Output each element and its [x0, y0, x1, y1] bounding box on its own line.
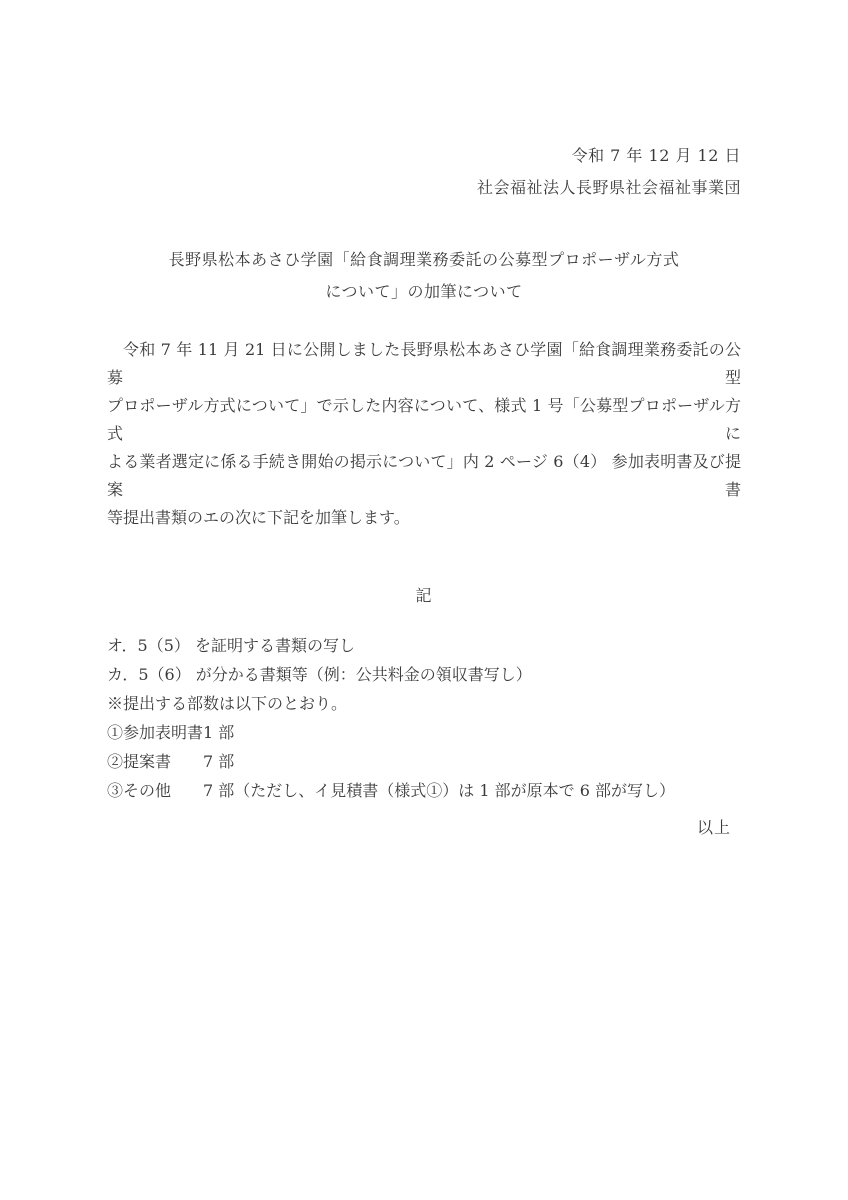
body-paragraph-line-4: 等提出書類のエの次に下記を加筆します。: [107, 504, 741, 532]
addendum-list: オ．5（5） を証明する書類の写し カ．5（6） が分かる書類等（例：公共料金の…: [107, 631, 741, 805]
copies-note: ※提出する部数は以下のとおり。: [107, 689, 741, 718]
document-title-line-2: について」の加筆について: [107, 276, 741, 308]
addendum-item-o: オ．5（5） を証明する書類の写し: [107, 631, 741, 660]
body-paragraph: 令和 7 年 11 月 21 日に公開しました長野県松本あさひ学園「給食調理業務…: [107, 336, 741, 532]
document-date: 令和 7 年 12 月 12 日: [107, 140, 741, 172]
body-paragraph-line-2: プロポーザル方式について」で示した内容について、様式 1 号「公募型プロポーザル…: [107, 392, 741, 448]
record-marker: 記: [107, 582, 741, 610]
closing-marker: 以上: [107, 813, 741, 842]
copy-row-1-count: 1 部: [203, 718, 741, 747]
body-paragraph-line-3: よる業者選定に係る手続き開始の掲示について」内 2 ページ 6（4） 参加表明書…: [107, 448, 741, 504]
copy-row-2: ②提案書 7 部: [107, 747, 741, 776]
body-paragraph-line-1: 令和 7 年 11 月 21 日に公開しました長野県松本あさひ学園「給食調理業務…: [107, 336, 741, 392]
copy-row-3: ③その他 7 部（ただし、イ見積書（様式①）は 1 部が原本で 6 部が写し）: [107, 776, 741, 805]
copy-row-2-label: ②提案書: [107, 747, 203, 776]
document-title: 長野県松本あさひ学園「給食調理業務委託の公募型プロポーザル方式 について」の加筆…: [107, 244, 741, 308]
document-page: 令和 7 年 12 月 12 日 社会福祉法人長野県社会福祉事業団 長野県松本あ…: [0, 0, 848, 1200]
issuing-organization: 社会福祉法人長野県社会福祉事業団: [107, 172, 741, 204]
copy-row-1-label: ①参加表明書: [107, 718, 203, 747]
copy-row-3-label: ③その他: [107, 776, 203, 805]
copy-row-1: ①参加表明書 1 部: [107, 718, 741, 747]
copy-row-3-count: 7 部（ただし、イ見積書（様式①）は 1 部が原本で 6 部が写し）: [203, 776, 741, 805]
document-content: 令和 7 年 12 月 12 日 社会福祉法人長野県社会福祉事業団 長野県松本あ…: [0, 0, 848, 842]
document-title-line-1: 長野県松本あさひ学園「給食調理業務委託の公募型プロポーザル方式: [107, 244, 741, 276]
addendum-item-ka: カ．5（6） が分かる書類等（例：公共料金の領収書写し）: [107, 660, 741, 689]
copy-row-2-count: 7 部: [203, 747, 741, 776]
